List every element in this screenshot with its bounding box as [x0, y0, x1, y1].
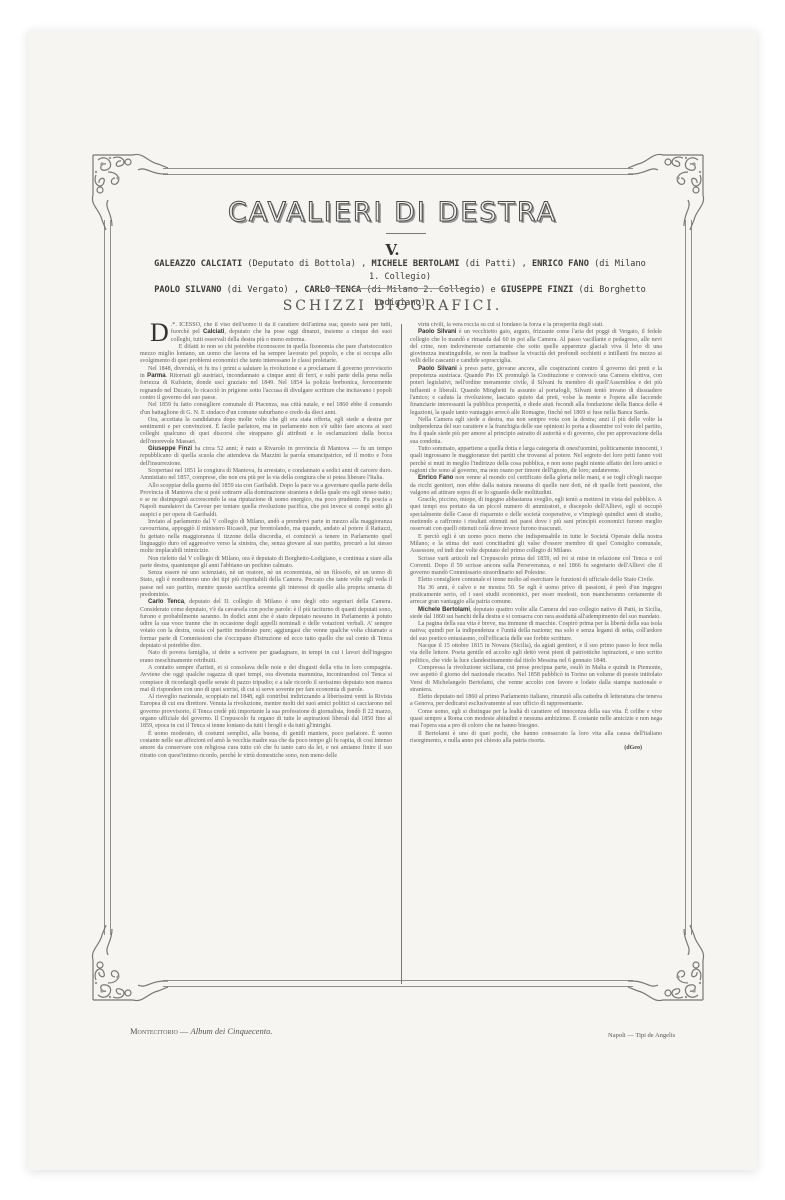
subtitle-line-1: GALEAZZO CALCIATI (Deputato di Bottola) … — [150, 258, 650, 284]
separator: , — [289, 285, 305, 295]
title-rule — [386, 233, 426, 234]
person-name: Parma — [147, 373, 166, 379]
paragraph: Giuseppe Finzi ha circa 52 anni; è nato … — [140, 446, 392, 468]
drop-cap: D — [150, 322, 169, 344]
deputy-constituency: (di Vergato) — [227, 285, 289, 295]
paragraph: E perciò egli è un uomo poco meno che in… — [410, 534, 662, 556]
paragraph: Nato di povera famiglia, si dette a scri… — [140, 650, 392, 665]
paragraph: Compressa la rivoluzione siciliana, cui … — [410, 665, 662, 694]
deputy-name: PAOLO SILVANO — [154, 285, 221, 295]
section-heading: SCHIZZI BIOGRAFICI. — [0, 298, 785, 314]
paragraph: Come uomo, egli si distingue per la leal… — [410, 709, 662, 731]
paragraph: Gracile, piccino, miope, di ingegno abba… — [410, 497, 662, 533]
paragraph: Eletto consigliere comunale ei tenne mol… — [410, 577, 662, 584]
paragraph: Eletto deputato nel 1860 al primo Parlam… — [410, 694, 662, 709]
paragraph: Nella Camera egli siede a destra, ma non… — [410, 417, 662, 446]
deputy-name: GIUSEPPE FINZI — [501, 285, 573, 295]
paragraph: A contatto sempre d'artisti, ei si conso… — [140, 665, 392, 694]
paragraph: Nel 1848, diversità, ei fu tra i primi a… — [140, 366, 392, 402]
person-name: Enrico Fano — [418, 475, 453, 481]
paragraph: Non rieletto dal V collegio di Milano, o… — [140, 556, 392, 571]
paragraph: Senza essere nè uno scienziato, nè un or… — [140, 570, 392, 599]
paragraph: Ha 36 anni, è calvo e ne mostra 50. Se e… — [410, 585, 662, 607]
column-divider — [401, 324, 402, 984]
paragraph: Nel 1859 fu fatto consigliere comunale d… — [140, 402, 392, 417]
paragraph: Al risveglio nazionale, scoppiato nel 18… — [140, 694, 392, 730]
paragraph: Carlo Tenca, deputato del II. collegio d… — [140, 599, 392, 650]
paragraph: Michele Bertolami, deputato quattro volt… — [410, 607, 662, 622]
paragraph: Allo scoppiar della guerra del 1859 sta … — [140, 483, 392, 519]
deputy-name: GALEAZZO CALCIATI — [154, 259, 242, 269]
paragraph: La pagina della sua vita è breve, ma imm… — [410, 621, 662, 643]
paragraph: È uomo moderato, di costumi semplici, al… — [140, 731, 392, 760]
separator: , — [516, 259, 532, 269]
footer-place: Montecitorio — [130, 1026, 178, 1036]
footer-album: Album dei Cinquecento. — [191, 1026, 273, 1036]
deputy-constituency: (Deputato di Bottola) — [247, 259, 356, 269]
paragraph: Tutto sommato, appartiene a quella dotta… — [410, 446, 662, 475]
paragraph: .*. DICESSO, che il viso dell'uomo ti da… — [140, 322, 392, 344]
right-column: virtù civili, la vera roccia su cui si f… — [410, 322, 662, 1012]
paragraph: Il Bertolami è uno di quei pochi, che ha… — [410, 731, 662, 746]
person-name: Carlo Tenca — [148, 599, 184, 605]
paragraph: Inviato al parlamento dal V collegio di … — [140, 519, 392, 555]
left-column: .*. DICESSO, che il viso dell'uomo ti da… — [140, 322, 392, 1012]
paragraph: Paolo Silvani è un vecchietto gaio, argu… — [410, 329, 662, 365]
deputy-constituency: (di Patti) — [465, 259, 517, 269]
deputy-name: ENRICO FANO — [532, 259, 589, 269]
paragraph: Ora, accettata la candidatura dopo molte… — [140, 417, 392, 446]
footer-dash: — — [178, 1026, 191, 1036]
person-name: Giuseppe Finzi — [148, 446, 192, 452]
author-signature: (dGeo) — [410, 745, 662, 752]
separator: , — [356, 259, 372, 269]
article-body: .*. DICESSO, che il viso dell'uomo ti da… — [140, 322, 662, 1012]
paragraph: Scopertasi nel 1851 la congiura di Manto… — [140, 468, 392, 483]
person-name: Michele Bertolami — [418, 607, 470, 613]
paragraph: Nacque il 15 ottobre 1815 in Novara (Sic… — [410, 643, 662, 665]
deputy-constituency: (di Milano 2. Collegio) — [366, 285, 485, 295]
asterism-marker: .*. — [171, 322, 179, 328]
paragraph: Paolo Silvani à preso parte, giovane anc… — [410, 366, 662, 417]
person-name: Calciati — [203, 329, 225, 335]
deputy-name: CARLO TENCA — [304, 285, 361, 295]
paragraph: E difatti io non so chi potrebbe riconos… — [140, 344, 392, 366]
separator: e — [485, 285, 501, 295]
person-name: Paolo Silvani — [418, 329, 456, 335]
person-name: Paolo Silvani — [418, 366, 457, 372]
footer-printer: Napoli — Tipi de Angelis — [608, 1032, 675, 1039]
paragraph: Scrisse varii articoli nel Crepuscolo pr… — [410, 556, 662, 578]
paragraph: Enrico Fano non venne al mondo col certi… — [410, 475, 662, 497]
footer-publication: Montecitorio — Album dei Cinquecento. — [130, 1026, 272, 1036]
deputy-name: MICHELE BERTOLAMI — [372, 259, 460, 269]
section-number: V. — [0, 241, 785, 259]
subtitle-rule — [320, 288, 480, 289]
page-title: CAVALIERI DI DESTRA — [0, 197, 785, 228]
